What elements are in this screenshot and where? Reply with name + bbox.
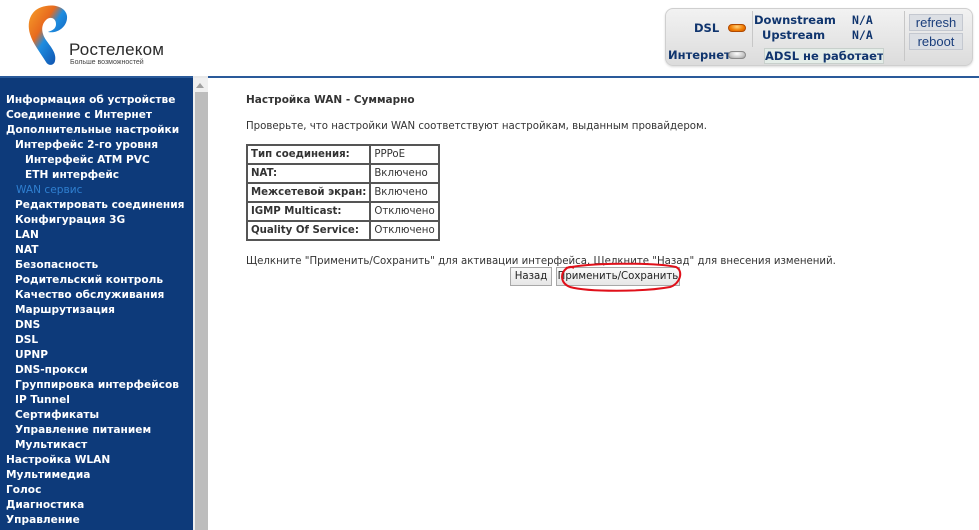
setting-value: PPPoE	[370, 145, 438, 164]
sidebar-item[interactable]: Редактировать соединения	[0, 198, 193, 213]
sidebar-item[interactable]: Интерфейс ATM PVC	[0, 153, 193, 168]
sidebar-item[interactable]: Мультикаст	[0, 438, 193, 453]
setting-value: Отключено	[370, 202, 438, 221]
table-row: IGMP Multicast:Отключено	[247, 202, 439, 221]
table-row: Межсетевой экран:Включено	[247, 183, 439, 202]
setting-name: IGMP Multicast:	[247, 202, 370, 221]
upstream-label: Upstream	[762, 28, 825, 42]
table-row: Quality Of Service:Отключено	[247, 221, 439, 240]
table-row: Тип соединения:PPPoE	[247, 145, 439, 164]
dsl-label: DSL	[694, 21, 719, 35]
downstream-label: Downstream	[754, 13, 836, 27]
sidebar-item[interactable]: UPNP	[0, 348, 193, 363]
sidebar-item[interactable]: Качество обслуживания	[0, 288, 193, 303]
sidebar-item[interactable]: DNS	[0, 318, 193, 333]
internet-led-icon	[728, 51, 746, 59]
sidebar-item[interactable]: Управление	[0, 513, 193, 528]
refresh-button[interactable]: refresh	[909, 14, 963, 31]
sidebar-item[interactable]: IP Tunnel	[0, 393, 193, 408]
back-button[interactable]: Назад	[510, 267, 552, 286]
sidebar-item[interactable]: Диагностика	[0, 498, 193, 513]
divider	[752, 11, 753, 47]
sidebar-item[interactable]: Группировка интерфейсов	[0, 378, 193, 393]
page-title: Настройка WAN - Суммарно	[246, 94, 415, 106]
sidebar-item[interactable]: DSL	[0, 333, 193, 348]
scrollbar-thumb[interactable]	[195, 92, 208, 530]
sidebar-item[interactable]: Маршрутизация	[0, 303, 193, 318]
sidebar-menu: Информация об устройствеСоединение с Инт…	[0, 78, 193, 528]
scroll-up-arrow-icon[interactable]	[196, 83, 204, 88]
upstream-value: N/A	[852, 28, 873, 42]
setting-value: Отключено	[370, 221, 438, 240]
sidebar-item[interactable]: Голос	[0, 483, 193, 498]
sidebar-item[interactable]: ETH интерфейс	[0, 168, 193, 183]
sidebar-item[interactable]: Конфигурация 3G	[0, 213, 193, 228]
brand-tagline: Больше возможностей	[70, 59, 144, 66]
sidebar-item[interactable]: WAN сервис	[0, 183, 193, 198]
setting-value: Включено	[370, 183, 438, 202]
sidebar-item[interactable]: Родительский контроль	[0, 273, 193, 288]
sidebar-item[interactable]: Информация об устройстве	[0, 93, 193, 108]
sidebar-item[interactable]: Дополнительные настройки	[0, 123, 193, 138]
sidebar-nav: Информация об устройствеСоединение с Инт…	[0, 78, 193, 530]
rostelecom-logo-icon	[24, 4, 70, 66]
reboot-button[interactable]: reboot	[909, 33, 963, 50]
downstream-value: N/A	[852, 13, 873, 27]
apply-save-button[interactable]: Применить/Сохранить	[556, 267, 680, 286]
header: Ростелеком Больше возможностей DSL Downs…	[0, 0, 979, 77]
wan-summary-table: Тип соединения:PPPoENAT:ВключеноМежсетев…	[246, 144, 440, 241]
sidebar-item[interactable]: Управление питанием	[0, 423, 193, 438]
setting-name: NAT:	[247, 164, 370, 183]
sidebar-item[interactable]: DNS-прокси	[0, 363, 193, 378]
dsl-led-icon	[728, 24, 746, 32]
sidebar-item[interactable]: Соединение с Интернет	[0, 108, 193, 123]
brand-name: Ростелеком	[69, 40, 164, 60]
internet-label: Интернет	[668, 48, 731, 62]
sidebar-scrollbar[interactable]	[193, 78, 208, 530]
setting-name: Межсетевой экран:	[247, 183, 370, 202]
setting-name: Quality Of Service:	[247, 221, 370, 240]
sidebar-item[interactable]: Настройка WLAN	[0, 453, 193, 468]
table-row: NAT:Включено	[247, 164, 439, 183]
status-panel: DSL Downstream Upstream N/A N/A Интернет…	[665, 8, 973, 66]
sidebar-item[interactable]: Мультимедиа	[0, 468, 193, 483]
page-description: Проверьте, что настройки WAN соответству…	[246, 121, 707, 132]
sidebar-item[interactable]: Безопасность	[0, 258, 193, 273]
adsl-status: ADSL не работает	[764, 48, 884, 64]
sidebar-item[interactable]: Интерфейс 2-го уровня	[0, 138, 193, 153]
instructions-text: Щелкните "Применить/Сохранить" для актив…	[246, 256, 836, 267]
rostelecom-logo: Ростелеком Больше возможностей	[22, 4, 182, 70]
sidebar-item[interactable]: Сертификаты	[0, 408, 193, 423]
setting-name: Тип соединения:	[247, 145, 370, 164]
sidebar-item[interactable]: NAT	[0, 243, 193, 258]
divider	[904, 11, 905, 61]
setting-value: Включено	[370, 164, 438, 183]
sidebar-item[interactable]: LAN	[0, 228, 193, 243]
